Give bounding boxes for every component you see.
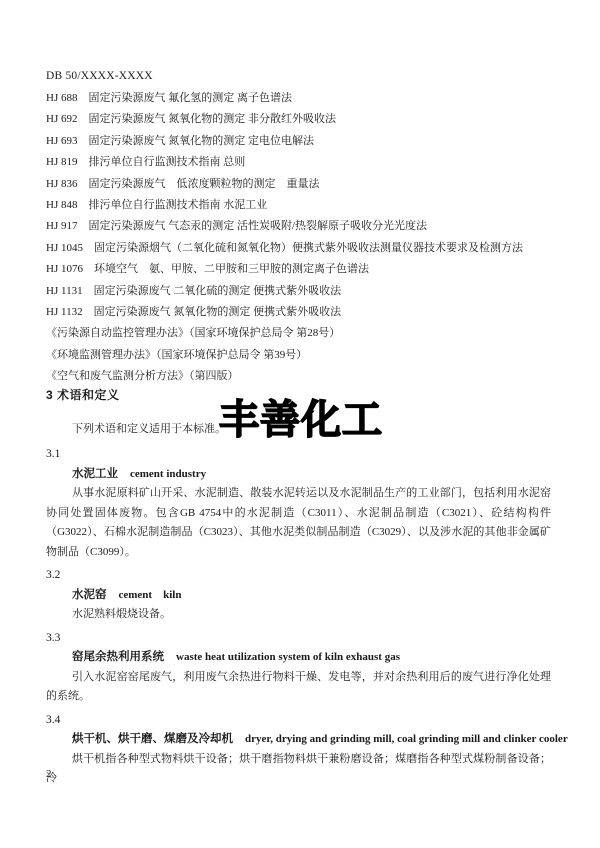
term-number: 3.4: [46, 711, 551, 731]
reference-item: HJ 1132 固定污染源废气 氮氧化物的测定 便携式紫外吸收法: [46, 302, 564, 323]
section-3-intro: 下列术语和定义适用于本标准。: [46, 420, 226, 436]
reference-item: HJ 1076 环境空气 氨、甲胺、二甲胺和三甲胺的测定离子色谱法: [46, 259, 564, 280]
terms-and-definitions: 3.1 水泥工业cement industry 从事水泥原料矿山开采、水泥制造、…: [46, 441, 551, 789]
term-name-en: dryer, drying and grinding mill, coal gr…: [245, 733, 568, 745]
term-name-en: cement kiln: [119, 589, 182, 601]
term-definition: 水泥熟料煅烧设备。: [46, 605, 551, 625]
reference-item: HJ 819 排污单位自行监测技术指南 总则: [46, 152, 564, 173]
term-block: 3.2 水泥窑cement kiln 水泥熟料煅烧设备。: [46, 566, 551, 625]
term-title-line: 窑尾余热利用系统waste heat utilization system of…: [46, 648, 551, 668]
term-name-zh: 窑尾余热利用系统: [72, 651, 164, 663]
watermark-logo-text: 丰善化工: [219, 398, 383, 442]
term-block: 3.1 水泥工业cement industry 从事水泥原料矿山开采、水泥制造、…: [46, 445, 551, 562]
normative-references-list: HJ 688 固定污染源废气 氟化氢的测定 离子色谱法 HJ 692 固定污染源…: [46, 88, 564, 388]
term-number: 3.1: [46, 445, 551, 465]
reference-item: HJ 692 固定污染源废气 氮氧化物的测定 非分散红外吸收法: [46, 109, 564, 130]
term-definition: 烘干机指各种型式物料烘干设备；烘干磨指物料烘干兼粉磨设备；煤磨指各种型式煤粉制备…: [46, 750, 551, 789]
reference-item: 《空气和废气监测分析方法》（第四版）: [46, 366, 564, 387]
term-number: 3.3: [46, 629, 551, 649]
page-number: 2: [46, 768, 52, 780]
reference-item: HJ 693 固定污染源废气 氮氧化物的测定 定电位电解法: [46, 131, 564, 152]
term-title-line: 水泥窑cement kiln: [46, 586, 551, 606]
reference-item: HJ 1131 固定污染源废气 二氧化硫的测定 便携式紫外吸收法: [46, 281, 564, 302]
reference-item: HJ 848 排污单位自行监测技术指南 水泥工业: [46, 195, 564, 216]
term-name-en: waste heat utilization system of kiln ex…: [176, 651, 400, 663]
reference-item: HJ 917 固定污染源废气 气态汞的测定 活性炭吸附/热裂解原子吸收分光光度法: [46, 216, 564, 237]
term-name-zh: 水泥窑: [72, 589, 107, 601]
term-name-zh: 烘干机、烘干磨、煤磨及冷却机: [72, 733, 233, 745]
document-header-code: DB 50/XXXX-XXXX: [46, 70, 153, 82]
term-block: 3.4 烘干机、烘干磨、煤磨及冷却机dryer, drying and grin…: [46, 711, 551, 789]
section-3-heading: 3 术语和定义: [46, 386, 120, 403]
term-number: 3.2: [46, 566, 551, 586]
document-page: DB 50/XXXX-XXXX HJ 688 固定污染源废气 氟化氢的测定 离子…: [0, 0, 600, 848]
reference-item: HJ 1045 固定污染源烟气（二氧化硫和氮氧化物）便携式紫外吸收法测量仪器技术…: [46, 238, 564, 259]
term-name-zh: 水泥工业: [72, 468, 118, 480]
term-definition: 引入水泥窑窑尾废气，利用废气余热进行物料干燥、发电等，并对余热利用后的废气进行净…: [46, 668, 551, 707]
term-title-line: 水泥工业cement industry: [46, 465, 551, 485]
term-name-en: cement industry: [130, 468, 206, 480]
term-block: 3.3 窑尾余热利用系统waste heat utilization syste…: [46, 629, 551, 707]
reference-item: HJ 836 固定污染源废气 低浓度颗粒物的测定 重量法: [46, 174, 564, 195]
reference-item: 《污染源自动监控管理办法》（国家环境保护总局令 第28号）: [46, 323, 564, 344]
reference-item: HJ 688 固定污染源废气 氟化氢的测定 离子色谱法: [46, 88, 564, 109]
reference-item: 《环境监测管理办法》（国家环境保护总局令 第39号）: [46, 345, 564, 366]
term-title-line: 烘干机、烘干磨、煤磨及冷却机dryer, drying and grinding…: [46, 730, 551, 750]
term-definition: 从事水泥原料矿山开采、水泥制造、散装水泥转运以及水泥制品生产的工业部门，包括利用…: [46, 484, 551, 562]
